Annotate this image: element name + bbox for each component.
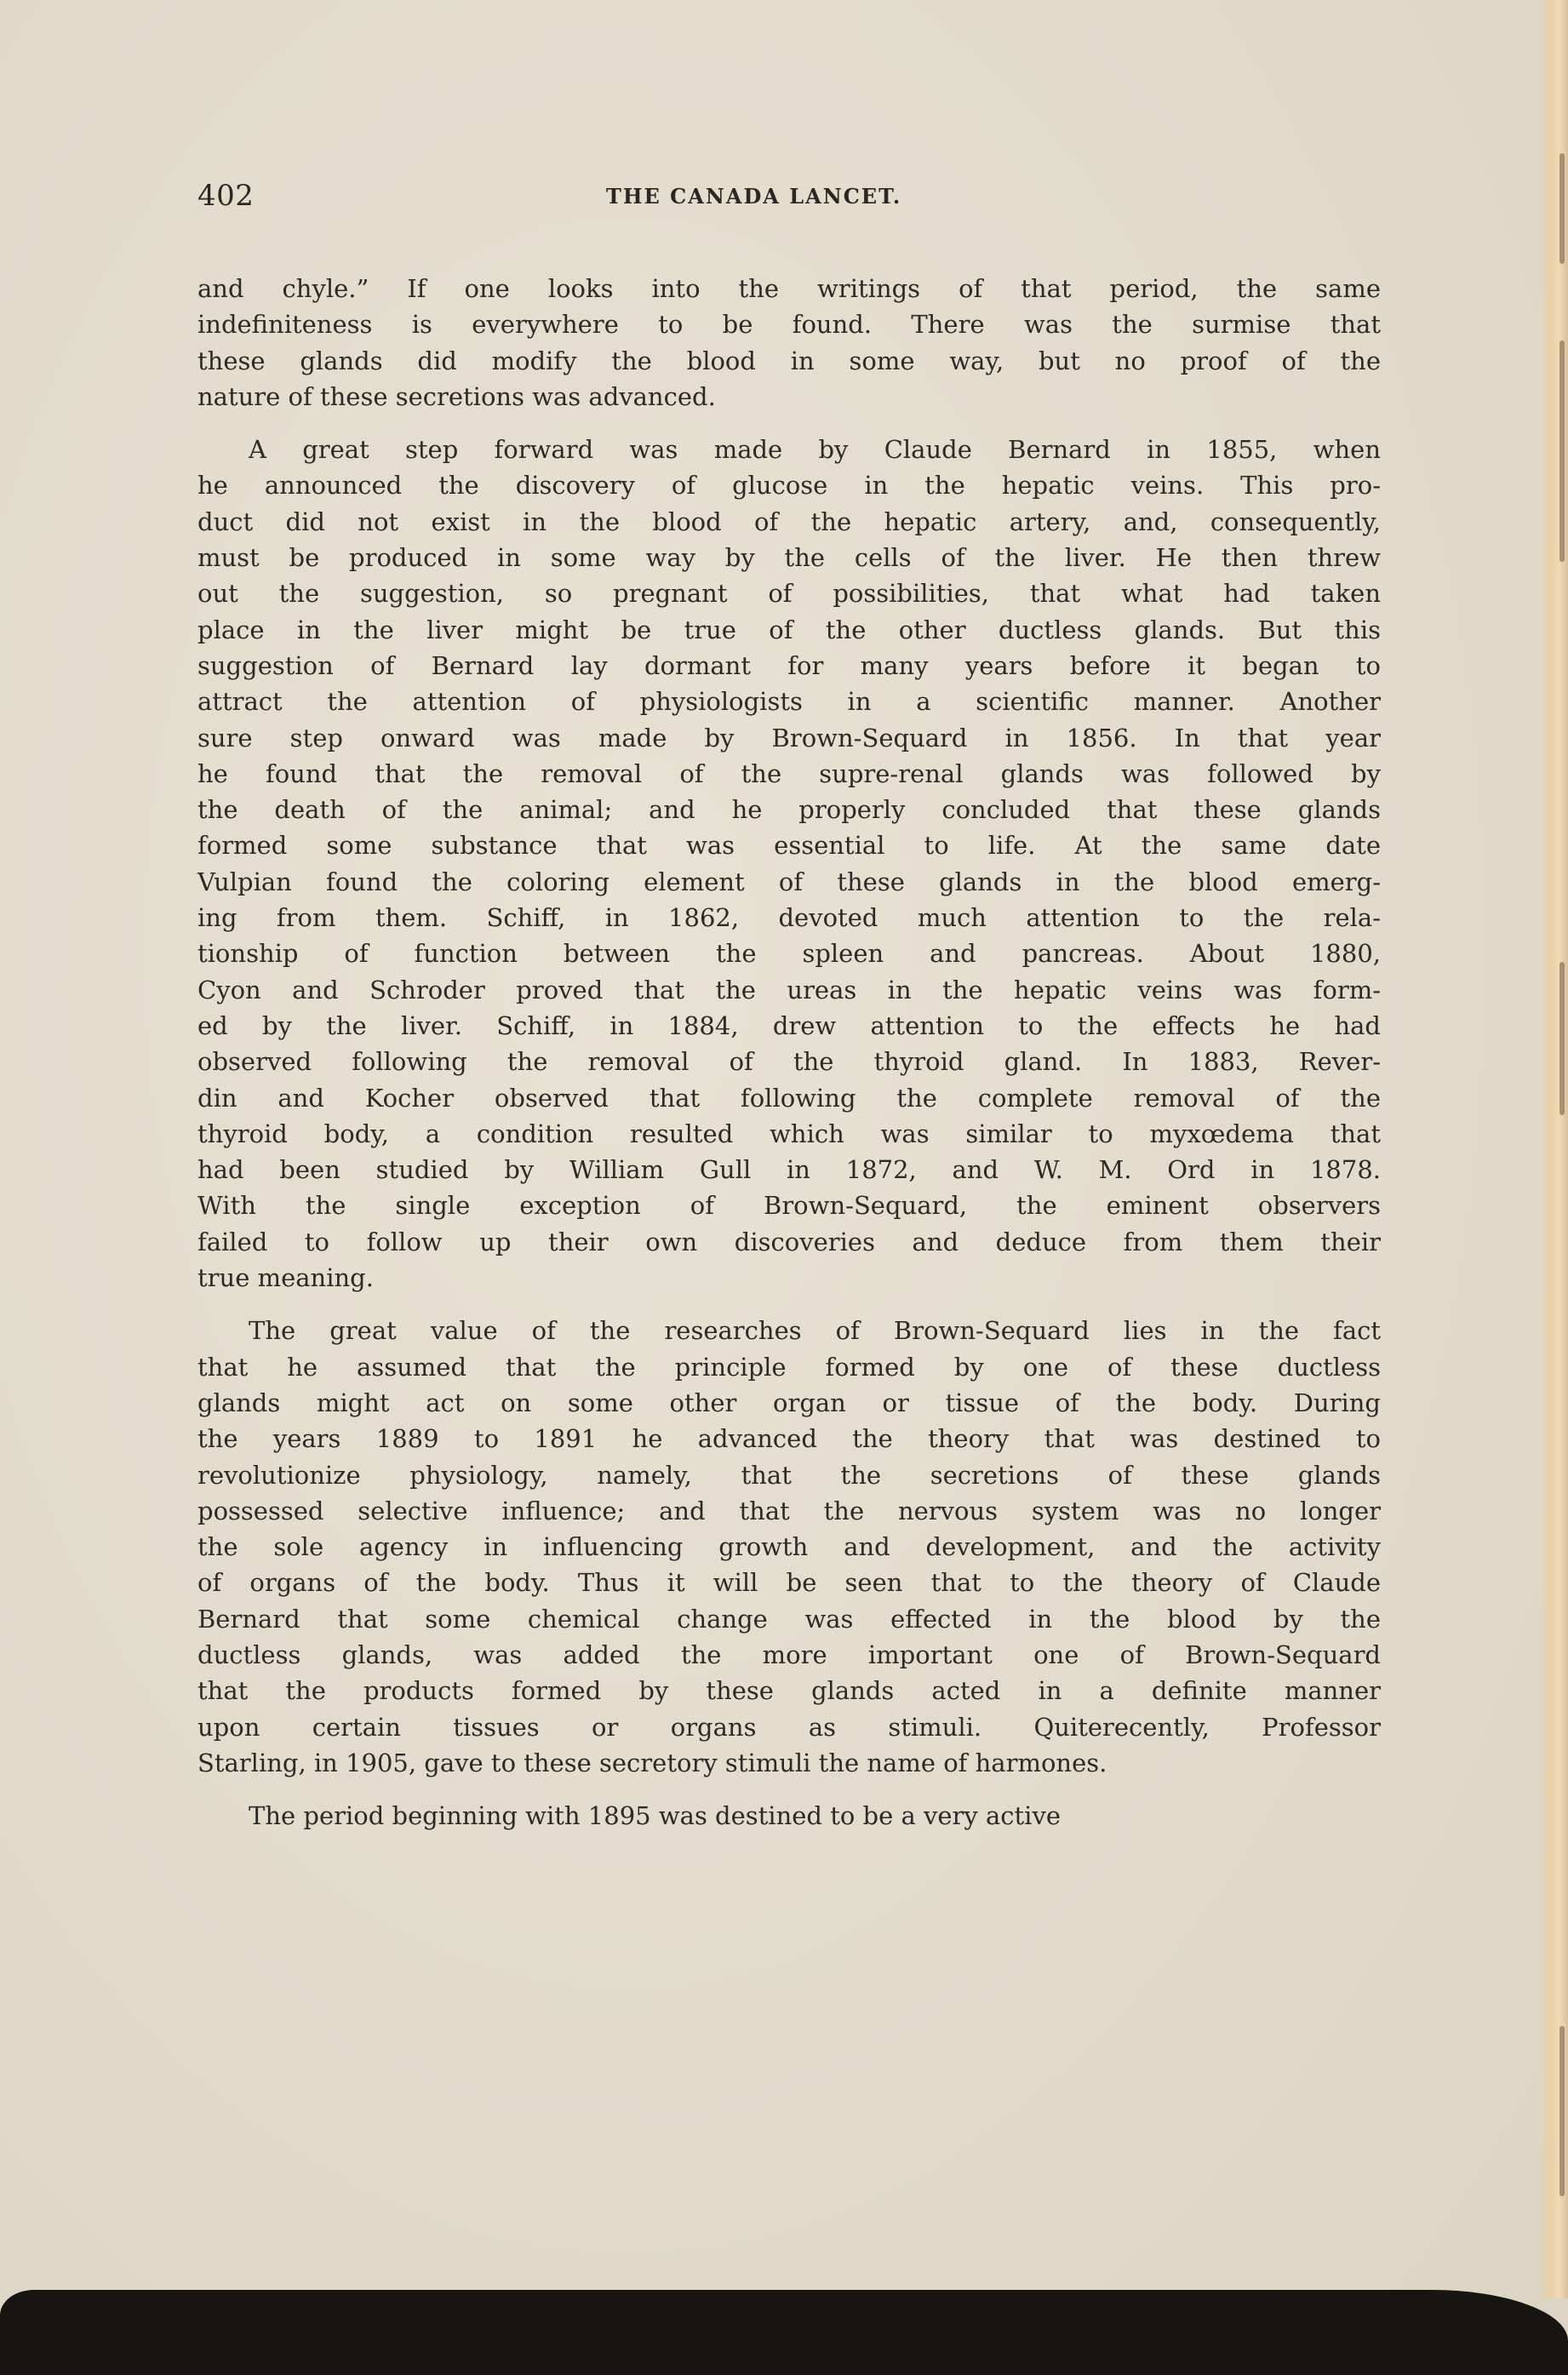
text-line: and chyle.” If one looks into the writin…: [197, 271, 1381, 306]
text-line: upon certain tissues or organs as stimul…: [197, 1709, 1381, 1745]
running-title: THE CANADA LANCET.: [606, 184, 901, 209]
paragraph: The period beginning with 1895 was desti…: [197, 1798, 1389, 1834]
text-line: the sole agency in influencing growth an…: [197, 1529, 1381, 1565]
text-line: the death of the animal; and he properly…: [197, 792, 1381, 827]
text-line: nature of these secretions was advanced.: [197, 379, 1381, 415]
text-line: indefiniteness is everywhere to be found…: [197, 306, 1381, 342]
text-line: Starling, in 1905, gave to these secreto…: [197, 1745, 1381, 1781]
paragraph: The great value of the researches of Bro…: [197, 1313, 1389, 1781]
text-line: revolutionize physiology, namely, that t…: [197, 1457, 1381, 1493]
text-line: that he assumed that the principle forme…: [197, 1349, 1381, 1385]
text-line: possessed selective influence; and that …: [197, 1493, 1381, 1529]
text-line: he announced the discovery of glucose in…: [197, 467, 1381, 503]
paragraph: and chyle.” If one looks into the writin…: [197, 271, 1389, 415]
paragraph: A great step forward was made by Claude …: [197, 432, 1389, 1296]
text-line: attract the attention of physiologists i…: [197, 684, 1381, 719]
text-line: duct did not exist in the blood of the h…: [197, 504, 1381, 540]
text-line: ed by the liver. Schiff, in 1884, drew a…: [197, 1008, 1381, 1044]
text-line: of organs of the body. Thus it will be s…: [197, 1565, 1381, 1600]
page-number: 402: [197, 179, 254, 213]
text-line: The great value of the researches of Bro…: [197, 1313, 1381, 1348]
body-text: and chyle.” If one looks into the writin…: [197, 271, 1389, 1851]
page-edge-mark: [1559, 341, 1565, 562]
scan-shadow: [0, 2290, 1568, 2375]
text-line: the years 1889 to 1891 he advanced the t…: [197, 1421, 1381, 1456]
page-edge-mark: [1559, 2026, 1565, 2196]
text-line: Bernard that some chemical change was ef…: [197, 1601, 1381, 1637]
scanned-page: 402 THE CANADA LANCET. and chyle.” If on…: [0, 0, 1568, 2375]
text-line: The period beginning with 1895 was desti…: [197, 1798, 1381, 1834]
text-line: that the products formed by these glands…: [197, 1673, 1381, 1708]
text-line: formed some substance that was essential…: [197, 827, 1381, 863]
text-line: A great step forward was made by Claude …: [197, 432, 1381, 467]
text-line: failed to follow up their own discoverie…: [197, 1224, 1381, 1260]
text-line: had been studied by William Gull in 1872…: [197, 1152, 1381, 1187]
text-line: ductless glands, was added the more impo…: [197, 1637, 1381, 1673]
text-line: observed following the removal of the th…: [197, 1044, 1381, 1079]
text-line: these glands did modify the blood in som…: [197, 343, 1381, 379]
page-edge-mark: [1559, 962, 1565, 1115]
page-edge-mark: [1559, 153, 1565, 264]
page-header: 402 THE CANADA LANCET.: [197, 179, 1330, 213]
text-line: suggestion of Bernard lay dormant for ma…: [197, 648, 1381, 684]
text-line: true meaning.: [197, 1260, 1381, 1296]
text-line: must be produced in some way by the cell…: [197, 540, 1381, 575]
text-line: glands might act on some other organ or …: [197, 1385, 1381, 1421]
text-line: din and Kocher observed that following t…: [197, 1080, 1381, 1116]
text-line: he found that the removal of the supre-r…: [197, 756, 1381, 792]
text-line: Cyon and Schroder proved that the ureas …: [197, 972, 1381, 1008]
text-line: tionship of function between the spleen …: [197, 936, 1381, 971]
text-line: Vulpian found the coloring element of th…: [197, 864, 1381, 900]
text-line: out the suggestion, so pregnant of possi…: [197, 575, 1381, 611]
text-line: place in the liver might be true of the …: [197, 612, 1381, 648]
text-line: ing from them. Schiff, in 1862, devoted …: [197, 900, 1381, 936]
text-line: thyroid body, a condition resulted which…: [197, 1116, 1381, 1152]
text-line: sure step onward was made by Brown-Sequa…: [197, 720, 1381, 756]
text-line: With the single exception of Brown-Sequa…: [197, 1187, 1381, 1223]
